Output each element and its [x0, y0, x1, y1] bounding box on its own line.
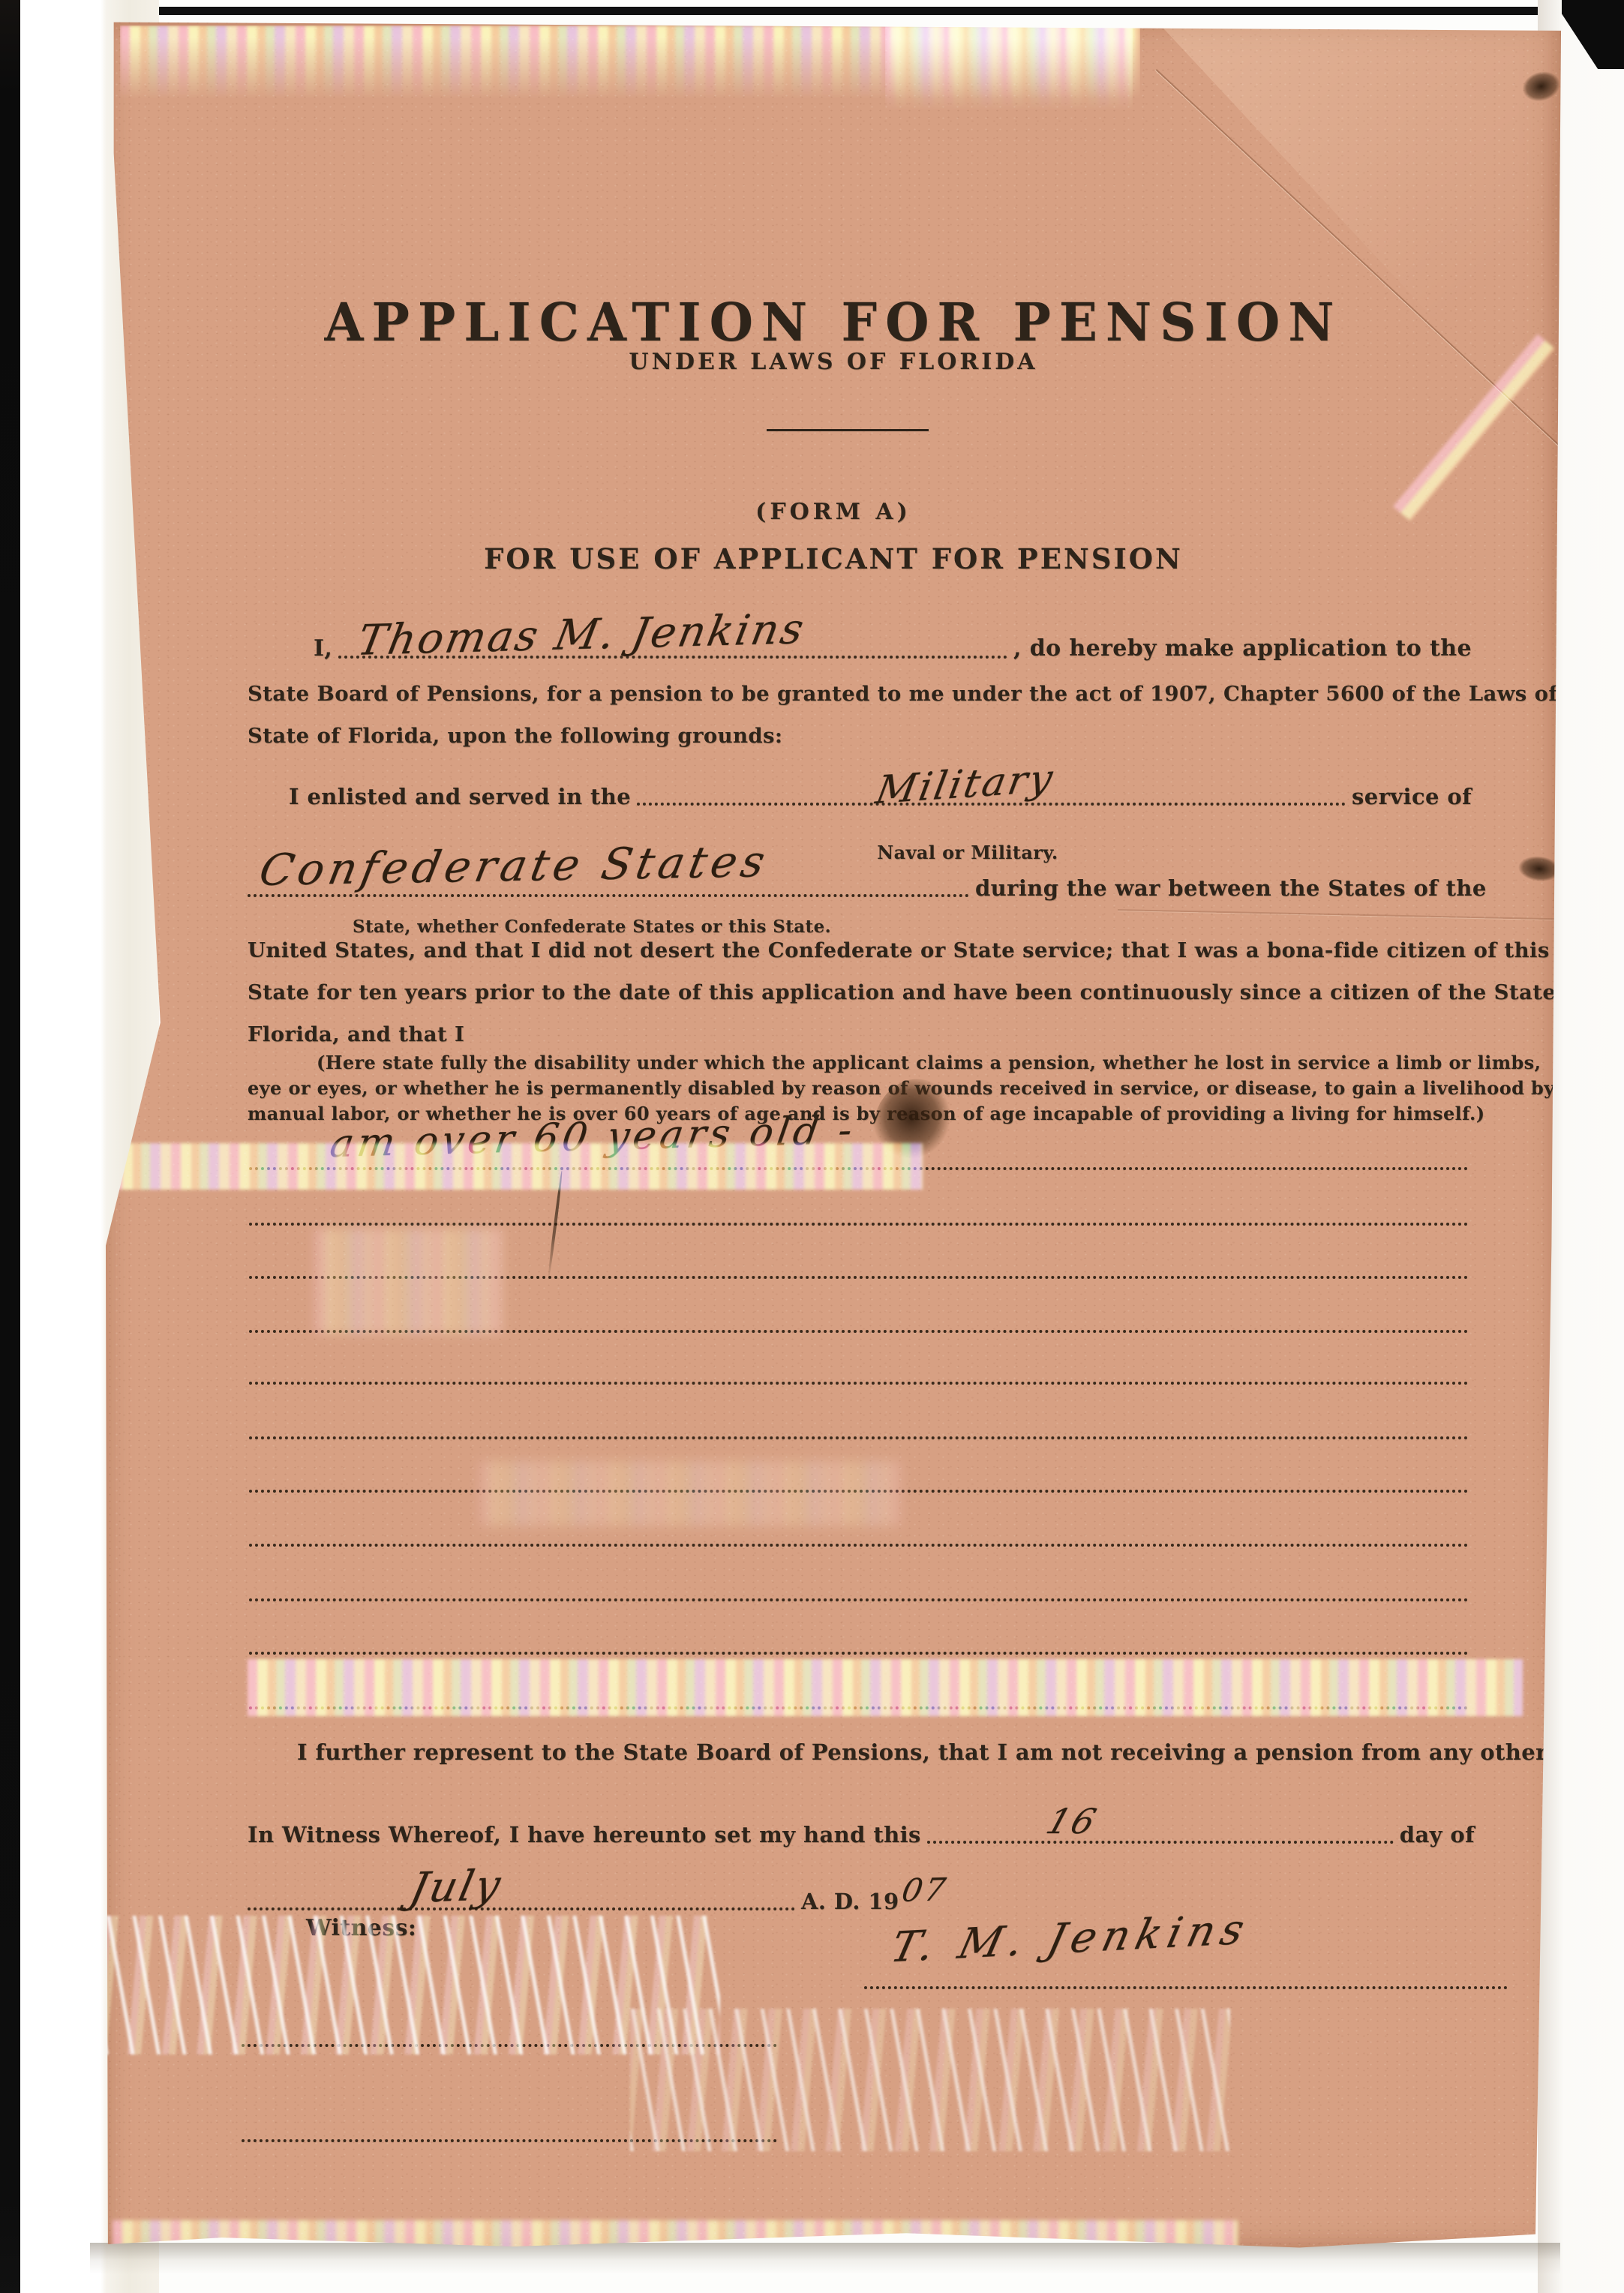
declaration-line-1: United States, and that I did not desert…: [248, 938, 1481, 963]
year-handwriting: 07: [899, 1871, 950, 1909]
enlisted-before: I enlisted and served in the: [289, 785, 631, 809]
confederate-handwriting: Confederate States: [255, 834, 774, 897]
blank-dotted-line: [249, 1706, 1469, 1709]
naval-or-military-sublabel: Naval or Military.: [870, 842, 1065, 864]
service-branch-handwriting: Military: [872, 755, 1058, 815]
blank-dotted-line: [249, 1223, 1469, 1226]
scanner-edge-left: [0, 0, 20, 2293]
applicant-name-blank: Thomas M. Jenkins: [338, 656, 1007, 659]
blank-dotted-line: [249, 1436, 1469, 1439]
enlisted-line: I enlisted and served in the Military se…: [248, 785, 1472, 809]
page-title: APPLICATION FOR PENSION: [105, 290, 1562, 356]
witness-clause-after: day of: [1400, 1823, 1475, 1847]
confederate-line: Confederate States during the war betwee…: [248, 876, 1472, 901]
page-subtitle: UNDER LAWS OF FLORIDA: [105, 348, 1562, 377]
title-divider: [767, 429, 929, 431]
year-prefix: A. D. 19: [801, 1889, 899, 1914]
confederate-blank: Confederate States: [248, 894, 969, 897]
pen-stroke-tail: [547, 1170, 563, 1280]
confederate-after: during the war between the States of the: [975, 876, 1487, 901]
month-year-line: July A. D. 19 07: [248, 1878, 1073, 1914]
further-statement: I further represent to the State Board o…: [297, 1739, 1527, 1766]
form-label: (FORM A): [105, 498, 1562, 527]
blank-dotted-line: [249, 1330, 1469, 1333]
service-branch-blank: Military: [637, 803, 1346, 806]
day-blank: 16: [927, 1841, 1394, 1844]
declaration-line-2: State for ten years prior to the date of…: [248, 980, 1481, 1005]
instruction-line-3: manual labor, or whether he is over 60 y…: [248, 1103, 1481, 1125]
disability-answer-line: am over 60 years old -: [249, 1136, 1469, 1170]
opening-prefix: I,: [314, 636, 332, 662]
blank-dotted-line: [249, 1490, 1469, 1493]
witness-signature-line: [242, 2139, 777, 2142]
witness-label: Witness:: [306, 1914, 416, 1943]
witness-clause-before: In Witness Whereof, I have hereunto set …: [248, 1823, 921, 1847]
signature-handwriting: T. M. Jenkins: [886, 1905, 1255, 1973]
opening-line-2: State Board of Pensions, for a pension t…: [248, 681, 1478, 707]
pension-form-page: APPLICATION FOR PENSION UNDER LAWS OF FL…: [105, 20, 1562, 2249]
day-handwriting: 16: [1041, 1800, 1103, 1844]
blank-dotted-line: [249, 1652, 1469, 1655]
signature-line: T. M. Jenkins: [864, 1946, 1508, 1989]
glare-top-band-right: [885, 26, 1133, 114]
witness-clause-line: In Witness Whereof, I have hereunto set …: [248, 1823, 1475, 1847]
opening-line-1: I, Thomas M. Jenkins , do hereby make ap…: [248, 636, 1472, 662]
blank-dotted-line: [249, 1544, 1469, 1547]
paper-shadow-bottom: [90, 2243, 1560, 2274]
glare-top-band: [120, 26, 1140, 102]
confederate-sublabel: State, whether Confederate States or thi…: [353, 917, 848, 938]
glare-crinkle-right: [630, 2009, 1230, 2151]
opening-after-name: , do hereby make application to the: [1013, 636, 1472, 662]
applicant-name-handwriting: Thomas M. Jenkins: [353, 603, 810, 667]
enlisted-after: service of: [1352, 785, 1472, 809]
blank-dotted-line: [249, 1598, 1469, 1601]
glare-patch-middle: [480, 1461, 900, 1526]
month-blank: July: [248, 1907, 795, 1910]
witness-signature-line: [242, 2044, 777, 2047]
opening-line-3: State of Florida, upon the following gro…: [248, 723, 1478, 749]
blank-dotted-line: [249, 1382, 1469, 1385]
blank-dotted-line: [249, 1276, 1469, 1279]
instruction-line-2: eye or eyes, or whether he is permanentl…: [248, 1077, 1481, 1100]
form-use-heading: FOR USE OF APPLICANT FOR PENSION: [105, 542, 1562, 576]
declaration-line-3: Florida, and that I: [248, 1022, 1481, 1047]
instruction-line-1: (Here state fully the disability under w…: [248, 1052, 1550, 1074]
glare-patch-left: [315, 1229, 503, 1334]
fold-crease-horizontal: [1118, 909, 1560, 920]
month-handwriting: July: [405, 1859, 507, 1915]
scanner-edge-top: [20, 7, 1624, 15]
